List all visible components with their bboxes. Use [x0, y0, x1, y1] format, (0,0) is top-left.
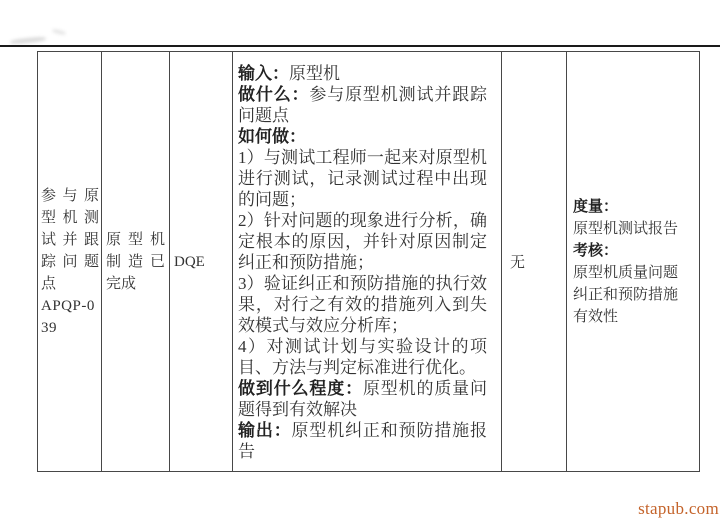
- text-segment: 输出：原型机纠正和预防措施报告: [238, 420, 487, 462]
- activity-cell: 参与原型机测试并跟踪问题点 APQP-039: [38, 52, 102, 471]
- text-segment: 4）对测试计划与实验设计的项目、方法与判定标准进行优化。: [238, 336, 487, 378]
- measurement-cell: 度量：原型机测试报告考核：原型机质量问题纠正和预防措施有效性: [567, 52, 699, 471]
- text-segment: 如何做：: [238, 126, 487, 147]
- scan-artifact: [52, 28, 67, 35]
- precondition-cell: 原型机制造已完成: [102, 52, 170, 471]
- text-segment: 度量：原型机测试报告: [573, 196, 691, 240]
- text-segment: 3）验证纠正和预防措施的执行效果，对行之有效的措施列入到失效模式与效应分析库；: [238, 273, 487, 336]
- process-table: 参与原型机测试并跟踪问题点 APQP-039 原型机制造已完成 DQE 输入：原…: [37, 51, 700, 472]
- text-segment: 考核：原型机质量问题纠正和预防措施有效性: [573, 240, 691, 328]
- description-cell: 输入：原型机做什么：参与原型机测试并跟踪问题点如何做：1）与测试工程师一起来对原…: [233, 52, 502, 471]
- activity-code: APQP-039: [41, 295, 99, 339]
- top-rule: [0, 45, 720, 47]
- tools-text: 无: [510, 251, 566, 272]
- responsible-cell: DQE: [170, 52, 233, 471]
- precondition-text: 原型机制造已完成: [106, 229, 165, 295]
- scan-artifact: [10, 36, 46, 45]
- responsible-text: DQE: [174, 251, 232, 273]
- text-segment: 2）针对问题的现象进行分析，确定根本的原因，并针对原因制定纠正和预防措施；: [238, 210, 487, 273]
- text-segment: 1）与测试工程师一起来对原型机进行测试，记录测试过程中出现的问题；: [238, 147, 487, 210]
- activity-title: 参与原型机测试并跟踪问题点: [41, 185, 99, 295]
- text-segment: 做到什么程度：原型机的质量问题得到有效解决: [238, 378, 487, 420]
- watermark: stapub.com: [638, 499, 719, 519]
- tools-cell: 无: [502, 52, 567, 471]
- text-segment: 做什么：参与原型机测试并跟踪问题点: [238, 84, 487, 126]
- page-root: 参与原型机测试并跟踪问题点 APQP-039 原型机制造已完成 DQE 输入：原…: [0, 0, 720, 521]
- text-segment: 输入：原型机: [238, 63, 487, 84]
